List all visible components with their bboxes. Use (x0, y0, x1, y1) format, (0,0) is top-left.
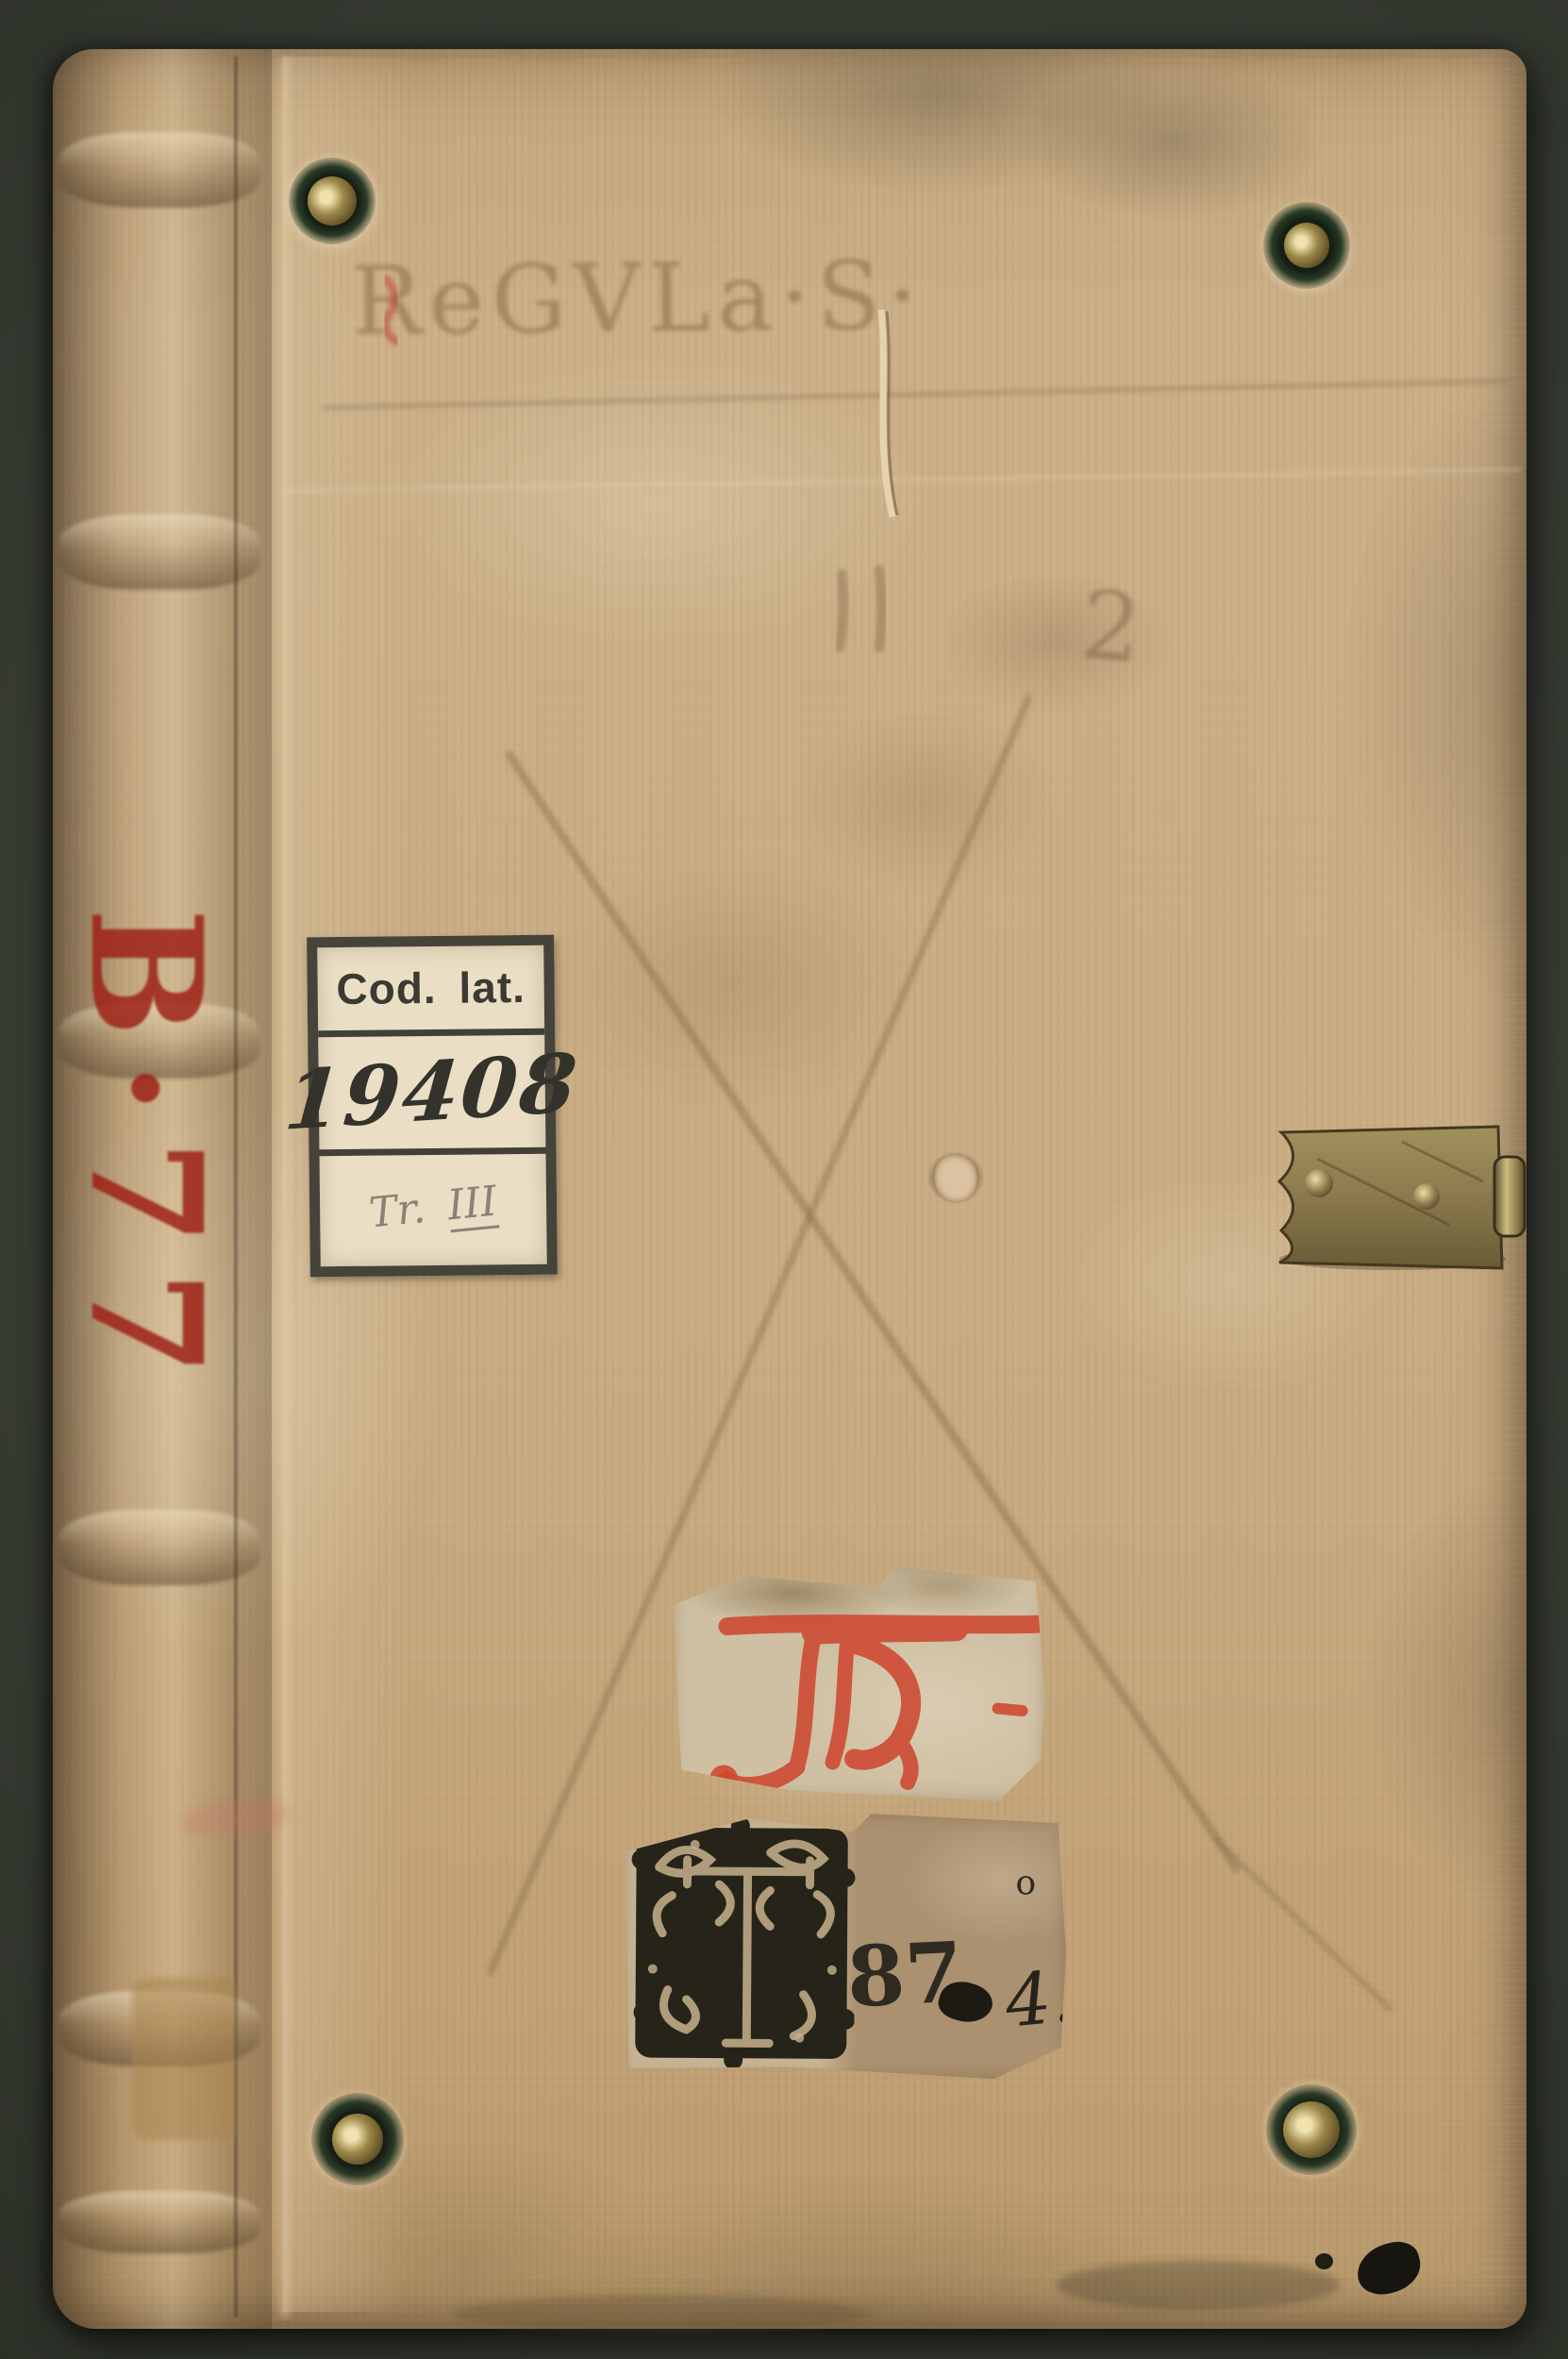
corner-boss-bottom-left (304, 2087, 409, 2193)
clasp-plate (1279, 1127, 1502, 1268)
red-initial-h-glyph (670, 1564, 1047, 1802)
label-header-row: Cod. lat. (317, 945, 544, 1038)
spine-endcap-top (58, 132, 260, 208)
spine-raised-band (58, 1510, 260, 1585)
woodcut-degree-mark: o (1015, 1864, 1036, 1902)
label-header-text: Cod. lat. (336, 962, 525, 1014)
paper-fragment-woodcut: o 87 4. (620, 1812, 1067, 2079)
spine-raised-band (58, 514, 260, 590)
spine-shelfmark-inscription: B·77 (60, 895, 230, 1519)
corner-boss-bottom-right (1259, 2077, 1364, 2183)
label-shelfmark-number: 19408 (282, 1035, 583, 1148)
library-shelfmark-label: Cod. lat. 19408 Tr. III (307, 935, 558, 1278)
corner-boss-top-right (1256, 196, 1358, 298)
brass-clasp (1260, 1121, 1530, 1276)
label-shelfmark-row: 19408 (318, 1035, 545, 1157)
spine-endcap-bottom (58, 2191, 260, 2253)
faded-ink-numeral: 2 (1076, 569, 1146, 684)
cover-hole (919, 1144, 993, 1212)
label-pencil-note: Tr. III (367, 1177, 499, 1237)
clasp-catch-roll (1494, 1157, 1525, 1236)
photo-of-book-cover: B·77 ReGVLa·S· 2 Cod. (0, 0, 1568, 2359)
woodcut-initial-T (627, 1817, 856, 2074)
faded-title-inscription: ReGVLa·S· (350, 228, 1088, 377)
black-ink-dot (1315, 2253, 1333, 2269)
label-note-prefix: Tr. (367, 1183, 427, 1237)
label-note-row: Tr. III (320, 1154, 547, 1261)
clasp-rivet (1413, 1183, 1440, 1210)
clasp-rivet (1305, 1169, 1333, 1197)
paper-fragment-red-initial (670, 1564, 1047, 1802)
label-note-roman: III (445, 1177, 499, 1232)
leather-patch (132, 1978, 236, 2140)
corner-boss-top-left (279, 150, 385, 256)
